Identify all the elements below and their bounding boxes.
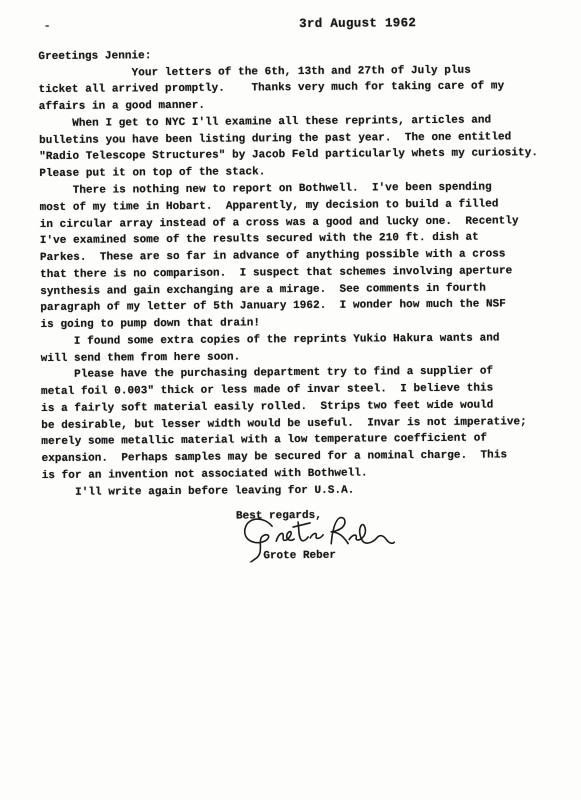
letter-line: be desirable, but lesser width would be … bbox=[41, 416, 527, 433]
letter-line: I found some extra copies of the reprint… bbox=[41, 332, 500, 349]
typed-signature-name: Grote Reber bbox=[263, 550, 336, 563]
letter-line: ticket all arrived promptly. Thanks very… bbox=[39, 80, 505, 97]
scanned-letter-page: 3rd August 1962 Greetings Jennie: Your l… bbox=[0, 0, 581, 800]
letter-line: I'll write again before leaving for U.S.… bbox=[42, 485, 355, 500]
letter-line: I've examined some of the results secure… bbox=[40, 232, 479, 248]
letter-date: 3rd August 1962 bbox=[299, 16, 416, 31]
scan-artifact-speck bbox=[45, 25, 49, 27]
letter-line: bulletins you have been listing during t… bbox=[39, 131, 511, 148]
letter-line: synthesis and gain exchanging are a mira… bbox=[40, 283, 486, 299]
letter-content: 3rd August 1962 Greetings Jennie: Your l… bbox=[0, 0, 581, 800]
letter-line: Your letters of the 6th, 13th and 27th o… bbox=[38, 65, 470, 81]
letter-line: Please put it on top of the stack. bbox=[39, 166, 265, 181]
letter-line: will send them from here soon. bbox=[41, 351, 241, 366]
letter-line: When I get to NYC I'll examine all these… bbox=[39, 114, 491, 131]
letter-line: is a fairly soft material easily rolled.… bbox=[41, 399, 493, 416]
letter-line: There is nothing new to report on Bothwe… bbox=[39, 181, 491, 198]
letter-line: in circular array instead of a cross was… bbox=[40, 215, 519, 232]
letter-line: expansion. Perhaps samples may be secure… bbox=[42, 449, 508, 466]
salutation: Greetings Jennie: bbox=[38, 50, 151, 64]
letter-line: "Radio Telescope Structures" by Jacob Fe… bbox=[39, 147, 538, 164]
letter-line: Parkes. These are so far in advance of a… bbox=[40, 248, 506, 265]
letter-line: metal foil 0.003" thick or less made of … bbox=[41, 382, 493, 399]
letter-line: Please have the purchasing department tr… bbox=[41, 365, 493, 382]
letter-line: most of my time in Hobart. Apparently, m… bbox=[40, 198, 499, 215]
letter-line: merely some metallic material with a low… bbox=[41, 433, 487, 449]
letter-line: paragraph of my letter of 5th January 19… bbox=[40, 298, 506, 315]
letter-line: that there is no comparison. I suspect t… bbox=[40, 265, 512, 282]
letter-line: is for an invention not associated with … bbox=[42, 467, 368, 483]
letter-line: affairs in a good manner. bbox=[39, 100, 205, 114]
letter-line: is going to pump down that drain! bbox=[40, 317, 260, 332]
